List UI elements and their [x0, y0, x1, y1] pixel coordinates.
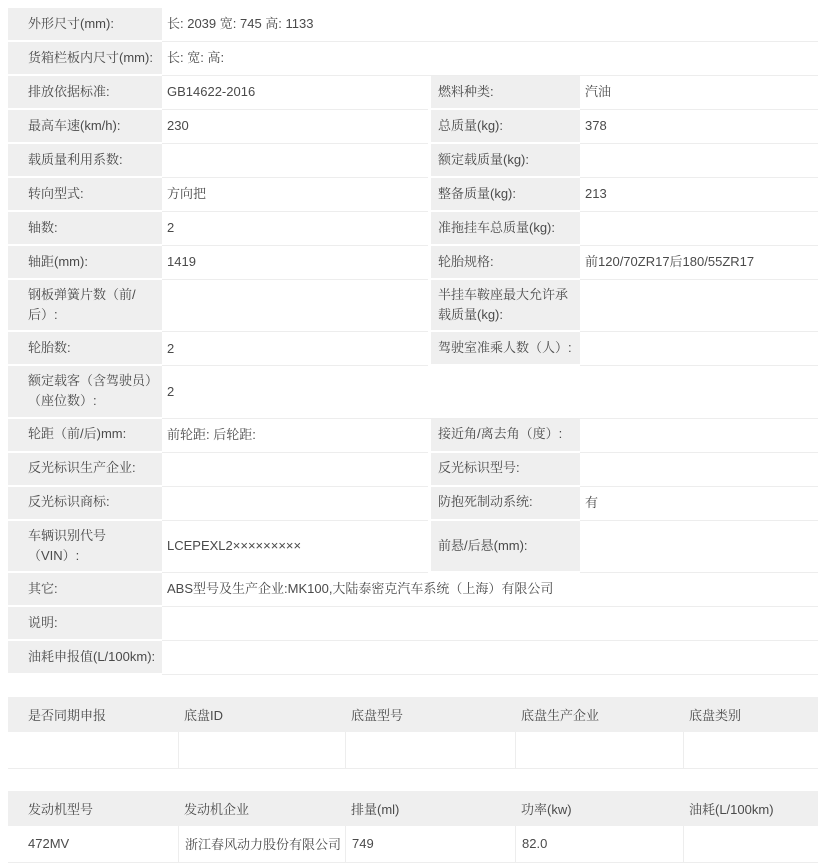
chassis-cell: [515, 732, 683, 769]
engine-table: 发动机型号发动机企业排量(ml)功率(kw)油耗(L/100km)472MV浙江…: [8, 791, 818, 863]
spec-value: 213: [580, 178, 818, 212]
spec-label: 驾驶室准乘人数（人）:: [428, 332, 580, 366]
spec-label: 反光标识生产企业:: [8, 453, 162, 487]
spec-value: [580, 453, 818, 487]
spec-label: 货箱栏板内尺寸(mm):: [8, 42, 162, 76]
spec-value: ABS型号及生产企业:MK100,大陆泰密克汽车系统（上海）有限公司: [162, 573, 818, 607]
spec-label: 轮胎规格:: [428, 246, 580, 280]
spec-value: [580, 521, 818, 573]
spec-label: 反光标识商标:: [8, 487, 162, 521]
spec-label: 最高车速(km/h):: [8, 110, 162, 144]
spec-value: [162, 144, 428, 178]
engine-header: 功率(kw): [515, 791, 683, 826]
spec-label: 车辆识别代号（VIN）:: [8, 521, 162, 573]
spec-label: 总质量(kg):: [428, 110, 580, 144]
engine-cell: 82.0: [515, 826, 683, 863]
spec-label: 防抱死制动系统:: [428, 487, 580, 521]
chassis-header: 底盘生产企业: [515, 697, 683, 732]
spec-value: [162, 453, 428, 487]
spec-value: 2: [162, 366, 818, 418]
spec-label: 额定载质量(kg):: [428, 144, 580, 178]
spec-label: 轴数:: [8, 212, 162, 246]
spec-label: 其它:: [8, 573, 162, 607]
spec-label: 转向型式:: [8, 178, 162, 212]
engine-cell: 749: [345, 826, 515, 863]
spec-label: 半挂车鞍座最大允许承载质量(kg):: [428, 280, 580, 332]
spec-label: 反光标识型号:: [428, 453, 580, 487]
spec-value: [580, 280, 818, 332]
chassis-cell: [8, 732, 178, 769]
chassis-header: 底盘类别: [683, 697, 818, 732]
spec-label: 燃料种类:: [428, 76, 580, 110]
spec-value: 230: [162, 110, 428, 144]
spec-value: 方向把: [162, 178, 428, 212]
spec-label: 钢板弹簧片数（前/后）:: [8, 280, 162, 332]
spec-label: 外形尺寸(mm):: [8, 8, 162, 42]
engine-header: 排量(ml): [345, 791, 515, 826]
spec-value: 长: 宽: 高:: [162, 42, 818, 76]
spec-value: [580, 332, 818, 366]
spec-value: [162, 607, 818, 641]
chassis-table: 是否同期申报底盘ID底盘型号底盘生产企业底盘类别: [8, 697, 818, 769]
spec-label: 说明:: [8, 607, 162, 641]
chassis-header: 是否同期申报: [8, 697, 178, 732]
spec-value: [162, 487, 428, 521]
spec-value: 2: [162, 332, 428, 366]
spec-label: 轮距（前/后)mm:: [8, 419, 162, 453]
engine-header: 发动机型号: [8, 791, 178, 826]
spec-value: [580, 144, 818, 178]
engine-cell: 472MV: [8, 826, 178, 863]
spec-label: 轴距(mm):: [8, 246, 162, 280]
vehicle-spec-table: 外形尺寸(mm):长: 2039 宽: 745 高: 1133货箱栏板内尺寸(m…: [8, 8, 818, 675]
spec-label: 载质量利用系数:: [8, 144, 162, 178]
engine-cell: [683, 826, 818, 863]
chassis-header: 底盘ID: [178, 697, 345, 732]
spec-label: 准拖挂车总质量(kg):: [428, 212, 580, 246]
chassis-cell: [178, 732, 345, 769]
spec-value: LCEPEXL2×××××××××: [162, 521, 428, 573]
spec-value: [580, 212, 818, 246]
spec-value: GB14622-2016: [162, 76, 428, 110]
spec-value: 前120/70ZR17后180/55ZR17: [580, 246, 818, 280]
spec-value: 378: [580, 110, 818, 144]
spec-label: 额定载客（含驾驶员）（座位数）:: [8, 366, 162, 418]
vehicle-spec-page: 外形尺寸(mm):长: 2039 宽: 745 高: 1133货箱栏板内尺寸(m…: [0, 8, 820, 863]
spec-value: [162, 641, 818, 675]
spec-label: 轮胎数:: [8, 332, 162, 366]
spec-value: 有: [580, 487, 818, 521]
engine-cell: 浙江春风动力股份有限公司: [178, 826, 345, 863]
engine-header: 发动机企业: [178, 791, 345, 826]
spec-value: 前轮距: 后轮距:: [162, 419, 428, 453]
chassis-cell: [683, 732, 818, 769]
spec-label: 接近角/离去角（度）:: [428, 419, 580, 453]
engine-header: 油耗(L/100km): [683, 791, 818, 826]
chassis-cell: [345, 732, 515, 769]
spec-value: 汽油: [580, 76, 818, 110]
spec-label: 油耗申报值(L/100km):: [8, 641, 162, 675]
spec-value: 2: [162, 212, 428, 246]
spec-label: 前悬/后悬(mm):: [428, 521, 580, 573]
spec-value: [162, 280, 428, 332]
spec-value: [580, 419, 818, 453]
spec-label: 排放依据标准:: [8, 76, 162, 110]
spec-value: 1419: [162, 246, 428, 280]
spec-value: 长: 2039 宽: 745 高: 1133: [162, 8, 818, 42]
spec-label: 整备质量(kg):: [428, 178, 580, 212]
chassis-header: 底盘型号: [345, 697, 515, 732]
